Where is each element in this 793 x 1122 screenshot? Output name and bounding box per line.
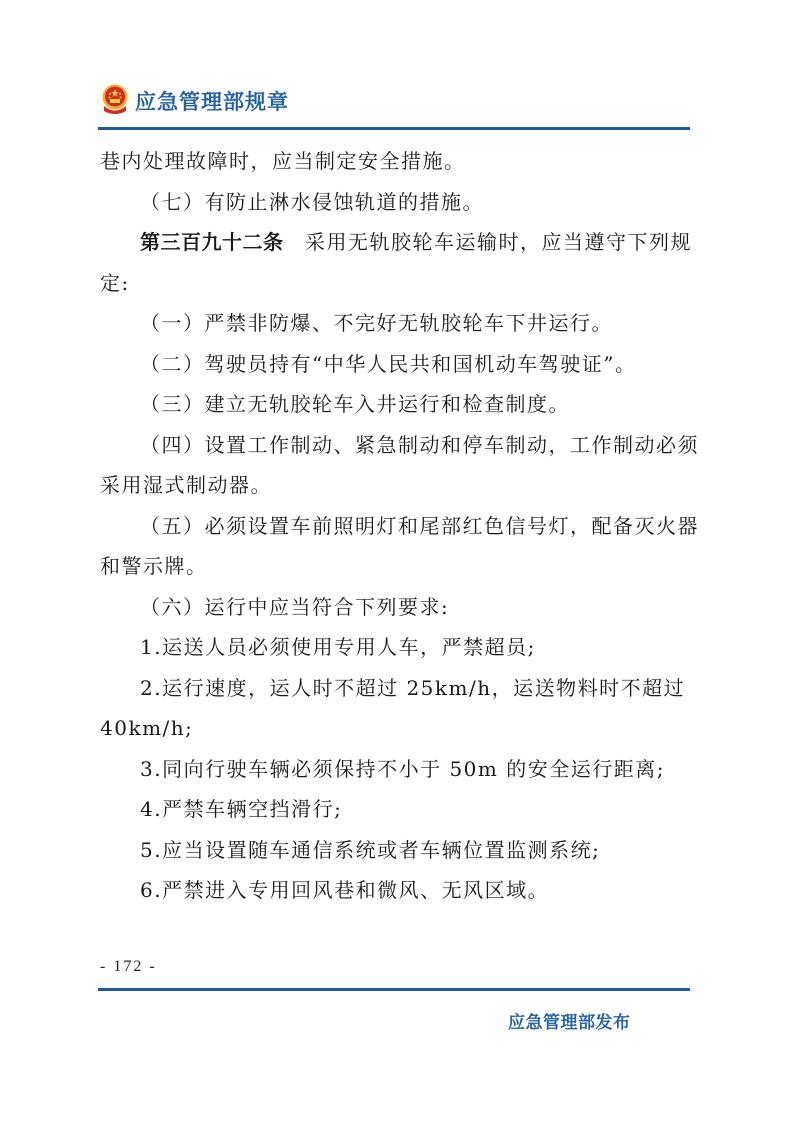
body-line: 5.应当设置随车通信系统或者车辆位置监测系统;	[100, 830, 690, 871]
body-line: （六）运行中应当符合下列要求:	[100, 587, 690, 628]
body-line: 采用湿式制动器。	[100, 465, 690, 506]
header-title: 应急管理部规章	[135, 86, 289, 116]
article-number: 第三百九十二条	[140, 230, 284, 254]
body-line: （一）严禁非防爆、不完好无轨胶轮车下井运行。	[100, 303, 690, 344]
body-line: （二）驾驶员持有“中华人民共和国机动车驾驶证”。	[100, 344, 690, 385]
body-line: 4.严禁车辆空挡滑行;	[100, 789, 690, 830]
national-emblem-icon	[100, 84, 130, 116]
body-line: 巷内处理故障时，应当制定安全措施。	[100, 141, 690, 182]
header-divider	[98, 127, 690, 130]
body-line: （四）设置工作制动、紧急制动和停车制动，工作制动必须	[100, 425, 690, 466]
body-line: （七）有防止淋水侵蚀轨道的措施。	[100, 182, 690, 223]
page-number: - 172 -	[100, 958, 157, 976]
document-body: 巷内处理故障时，应当制定安全措施。 （七）有防止淋水侵蚀轨道的措施。 第三百九十…	[100, 141, 690, 911]
body-line: （三）建立无轨胶轮车入井运行和检查制度。	[100, 384, 690, 425]
footer-publisher: 应急管理部发布	[508, 1008, 631, 1033]
body-line: 2.运行速度，运人时不超过 25km/h，运送物料时不超过	[100, 668, 690, 709]
body-line: 6.严禁进入专用回风巷和微风、无风区域。	[100, 870, 690, 911]
page-header: 应急管理部规章	[98, 84, 690, 130]
body-line: 和警示牌。	[100, 546, 690, 587]
body-line: 3.同向行驶车辆必须保持不小于 50m 的安全运行距离;	[100, 749, 690, 790]
article-line: 第三百九十二条 采用无轨胶轮车运输时，应当遵守下列规	[100, 222, 690, 263]
article-text: 采用无轨胶轮车运输时，应当遵守下列规	[305, 230, 692, 254]
body-line: （五）必须设置车前照明灯和尾部红色信号灯，配备灭火器	[100, 506, 690, 547]
body-line: 1.运送人员必须使用专用人车，严禁超员;	[100, 627, 690, 668]
footer-divider	[98, 988, 690, 991]
body-line: 40km/h;	[100, 708, 690, 749]
body-line: 定:	[100, 263, 690, 304]
